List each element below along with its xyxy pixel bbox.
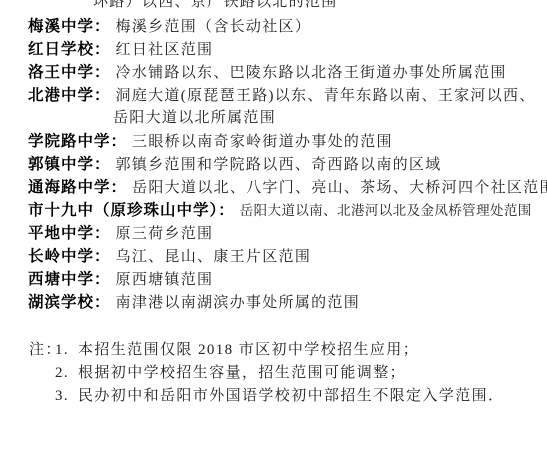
note-row: 2.根据初中学校招生容量，招生范围可能调整；	[55, 362, 406, 385]
school-name: 通海路中学：	[28, 179, 127, 196]
school-row: 长岭中学：乌江、昆山、康王片区范围	[28, 245, 311, 269]
school-row: 西塘中学：原西塘镇范围	[28, 268, 213, 292]
school-row: 市十九中（原珍珠山中学）：岳阳大道以南、北港河以北及金凤桥管理处范围	[28, 199, 532, 223]
school-range: 岳阳大道以南、北港河以北及金凤桥管理处范围	[240, 203, 532, 218]
school-row: 红日学校：红日社区范围	[28, 38, 213, 62]
school-name: 梅溪中学：	[28, 18, 111, 35]
school-name: 长岭中学：	[28, 248, 111, 265]
school-range: 红日社区范围	[116, 42, 214, 58]
school-name: 红日学校：	[28, 41, 111, 58]
note-text: 本招生范围仅限 2018 市区初中学校招生应用；	[78, 342, 419, 358]
school-name: 市十九中（原珍珠山中学）：	[28, 202, 235, 219]
school-row: 梅溪中学：梅溪乡范围（含长动社区）	[28, 15, 311, 39]
school-row: 学院路中学：三眼桥以南奇家岭街道办事处的范围	[28, 130, 393, 154]
school-name: 平地中学：	[28, 225, 111, 242]
continuation-line: 环路）以西、京广铁路以北的范围	[93, 0, 338, 14]
document-page: 环路）以西、京广铁路以北的范围 梅溪中学：梅溪乡范围（含长动社区） 红日学校：红…	[0, 0, 547, 449]
school-range: 洞庭大道(原琵琶王路)以东、青年东路以南、王家河以西、	[116, 88, 536, 104]
school-range: 岳阳大道以北所属范围	[113, 110, 276, 126]
note-text: 民办初中和岳阳市外国语学校初中部招生不限定入学范围．	[78, 388, 504, 404]
school-row: 郭镇中学：郭镇乡范围和学院路以西、奇西路以南的区域	[28, 153, 442, 177]
school-name: 洛王中学：	[28, 64, 111, 81]
school-range: 郭镇乡范围和学院路以西、奇西路以南的区域	[116, 157, 442, 173]
school-range: 岳阳大道以北、八字门、亮山、茶场、大桥河四个社区范围	[132, 180, 547, 196]
note-number: 3.	[55, 385, 78, 408]
school-name: 郭镇中学：	[28, 156, 111, 173]
school-range: 梅溪乡范围（含长动社区）	[116, 19, 312, 35]
school-range: 三眼桥以南奇家岭街道办事处的范围	[132, 134, 393, 150]
school-row: 北港中学：洞庭大道(原琵琶王路)以东、青年东路以南、王家河以西、	[28, 84, 536, 108]
note-number: 2.	[55, 362, 78, 385]
notes-label: 注：	[29, 339, 55, 362]
school-range: 冷水铺路以东、巴陵东路以北洛王街道办事处所属范围	[116, 65, 507, 81]
school-range: 原三荷乡范围	[116, 226, 214, 242]
school-name: 西塘中学：	[28, 271, 111, 288]
note-row: 3.民办初中和岳阳市外国语学校初中部招生不限定入学范围．	[55, 385, 504, 408]
school-name: 学院路中学：	[28, 133, 127, 150]
school-name: 湖滨学校：	[28, 294, 111, 311]
school-range: 原西塘镇范围	[116, 272, 214, 288]
school-row-continuation: 岳阳大道以北所属范围	[113, 107, 276, 130]
school-row: 平地中学：原三荷乡范围	[28, 222, 213, 246]
school-range: 南津港以南湖滨办事处所属的范围	[116, 295, 361, 311]
school-row: 洛王中学：冷水铺路以东、巴陵东路以北洛王街道办事处所属范围	[28, 61, 507, 85]
note-row: 注：1.本招生范围仅限 2018 市区初中学校招生应用；	[29, 339, 419, 362]
school-name: 北港中学：	[28, 87, 111, 104]
school-range: 乌江、昆山、康王片区范围	[116, 249, 312, 265]
school-row: 通海路中学：岳阳大道以北、八字门、亮山、茶场、大桥河四个社区范围	[28, 176, 547, 200]
note-number: 1.	[55, 339, 78, 362]
school-row: 湖滨学校：南津港以南湖滨办事处所属的范围	[28, 291, 360, 315]
note-text: 根据初中学校招生容量，招生范围可能调整；	[78, 365, 406, 381]
